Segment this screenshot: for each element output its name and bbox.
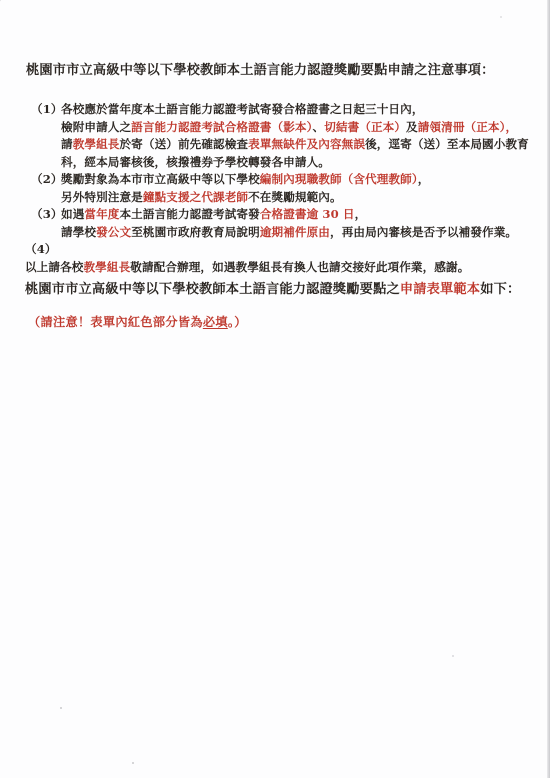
scan-speck bbox=[500, 16, 502, 18]
text-segment: 請領清冊（正本）， bbox=[418, 120, 517, 134]
item-body: 如遇當年度本土語言能力認證考試寄發合格證書逾 30 日， 請學校發公文至桃園市政… bbox=[61, 206, 526, 241]
text-segment: 科，經本局審核後，核撥禮券予學校轉發各申請人。 bbox=[61, 155, 330, 169]
scan-artifact-corner-line bbox=[0, 0, 28, 22]
item-number: （1） bbox=[31, 101, 61, 119]
text-line: 科，經本局審核後，核撥禮券予學校轉發各申請人。 bbox=[61, 154, 526, 172]
text-line: 檢附申請人之語言能力認證考試合格證書（影本）、切結書（正本）及請領清冊（正本）， bbox=[61, 119, 526, 137]
text-segment: 後，逕寄（送）至本局國小教育 bbox=[365, 137, 529, 151]
scan-speck bbox=[132, 762, 134, 764]
text-segment: 語言能力認證考試合格證書（影本） bbox=[131, 120, 312, 134]
text-segment: ，再由局內審核是否予以補發作業。 bbox=[330, 225, 517, 239]
text-line: 另外特別注意是鐘點支援之代課老師不在獎勵規範內。 bbox=[61, 189, 526, 207]
item-number: （3） bbox=[31, 206, 61, 224]
text-segment: 獎勵對象為本市市立高級中等以下學校 bbox=[61, 172, 260, 186]
text-segment: 。） bbox=[228, 315, 247, 329]
text-segment: 當年度 bbox=[84, 207, 119, 221]
text-segment: 及 bbox=[406, 120, 418, 134]
text-segment: 桃園市市立高級中等以下學校教師本土語言能力認證獎勵要點之 bbox=[25, 282, 400, 297]
text-segment: 、 bbox=[312, 120, 324, 134]
text-segment: 於寄（送）前先確認檢查 bbox=[119, 137, 248, 151]
text-segment: 教學組長 bbox=[73, 137, 120, 151]
text-segment: 請 bbox=[61, 137, 73, 151]
text-segment: 申請表單範本 bbox=[400, 282, 480, 297]
text-segment: 合格證書逾 30 日 bbox=[260, 207, 355, 221]
notes-list: （1） 各校應於當年度本土語言能力認證考試寄發合格證書之日起三十日內， 檢附申請… bbox=[31, 101, 526, 276]
red-required-note: （請注意！表單內紅色部分皆為必填。） bbox=[28, 314, 508, 331]
document-title: 桃園市市立高級中等以下學校教師本土語言能力認證獎勵要點申請之注意事項： bbox=[26, 62, 531, 80]
note-item-4: （4） 以上請各校教學組長敬請配合辦理，如遇教學組長有換人也請交接好此項作業，感… bbox=[25, 241, 526, 276]
text-segment: 發公文 bbox=[96, 225, 131, 239]
text-segment: 逾期補件原由 bbox=[260, 225, 330, 239]
text-segment: 檢附申請人之 bbox=[61, 120, 131, 134]
text-segment: 請學校 bbox=[61, 225, 96, 239]
note-item-3: （3） 如遇當年度本土語言能力認證考試寄發合格證書逾 30 日， 請學校發公文至… bbox=[31, 206, 526, 241]
scan-speck bbox=[60, 707, 62, 709]
item-body: 各校應於當年度本土語言能力認證考試寄發合格證書之日起三十日內， 檢附申請人之語言… bbox=[61, 101, 526, 171]
item-number: （2） bbox=[31, 171, 61, 189]
scanned-document-page: 桃園市市立高級中等以下學校教師本土語言能力認證獎勵要點申請之注意事項： （1） … bbox=[0, 0, 550, 778]
form-template-intro: 桃園市市立高級中等以下學校教師本土語言能力認證獎勵要點之申請表單範本如下： bbox=[25, 281, 540, 299]
scan-speck bbox=[452, 655, 454, 657]
text-segment: 另外特別注意是 bbox=[61, 190, 143, 204]
text-segment: （請注意！表單內紅色部分皆為 bbox=[28, 315, 203, 329]
note-item-2: （2） 獎勵對象為本市市立高級中等以下學校編制內現職教師（含代理教師）， 另外特… bbox=[31, 171, 526, 206]
text-line: 請學校發公文至桃園市政府教育局說明逾期補件原由，再由局內審核是否予以補發作業。 bbox=[61, 224, 526, 242]
text-segment: 鐘點支援之代課老師 bbox=[143, 190, 248, 204]
text-segment: 切結書（正本） bbox=[324, 120, 406, 134]
item-body: 以上請各校教學組長敬請配合辦理，如遇教學組長有換人也請交接好此項作業，感謝。 bbox=[25, 259, 526, 277]
text-segment: 至桃園市政府教育局說明 bbox=[131, 225, 260, 239]
text-line: 各校應於當年度本土語言能力認證考試寄發合格證書之日起三十日內， bbox=[61, 101, 526, 119]
text-segment: 教學組長 bbox=[83, 260, 130, 274]
text-segment: 各校應於當年度本土語言能力認證考試寄發合格證書之日起三十日內， bbox=[61, 102, 424, 116]
text-segment: 以上請各校 bbox=[25, 260, 83, 274]
text-segment: 編制內現職教師（含代理教師） bbox=[260, 172, 418, 186]
note-item-1: （1） 各校應於當年度本土語言能力認證考試寄發合格證書之日起三十日內， 檢附申請… bbox=[31, 101, 526, 171]
text-line: 如遇當年度本土語言能力認證考試寄發合格證書逾 30 日， bbox=[61, 206, 526, 224]
text-segment: 不在獎勵規範內。 bbox=[248, 190, 342, 204]
text-line: 以上請各校教學組長敬請配合辦理，如遇教學組長有換人也請交接好此項作業，感謝。 bbox=[25, 259, 526, 277]
item-number: （4） bbox=[25, 242, 57, 256]
text-segment: 如下： bbox=[480, 282, 520, 297]
text-line: 獎勵對象為本市市立高級中等以下學校編制內現職教師（含代理教師）， bbox=[61, 171, 526, 189]
item-body: 獎勵對象為本市市立高級中等以下學校編制內現職教師（含代理教師）， 另外特別注意是… bbox=[61, 171, 526, 206]
text-segment: ， bbox=[355, 207, 367, 221]
text-segment: 表單無缺件及內容無誤 bbox=[248, 137, 365, 151]
text-segment: ， bbox=[418, 172, 430, 186]
text-segment: 本土語言能力認證考試寄發 bbox=[119, 207, 259, 221]
text-segment: 必填 bbox=[203, 315, 228, 329]
text-line: 請教學組長於寄（送）前先確認檢查表單無缺件及內容無誤後，逕寄（送）至本局國小教育 bbox=[61, 136, 526, 154]
text-segment: 如遇 bbox=[61, 207, 84, 221]
text-segment: 敬請配合辦理，如遇教學組長有換人也請交接好此項作業，感謝。 bbox=[130, 260, 469, 274]
